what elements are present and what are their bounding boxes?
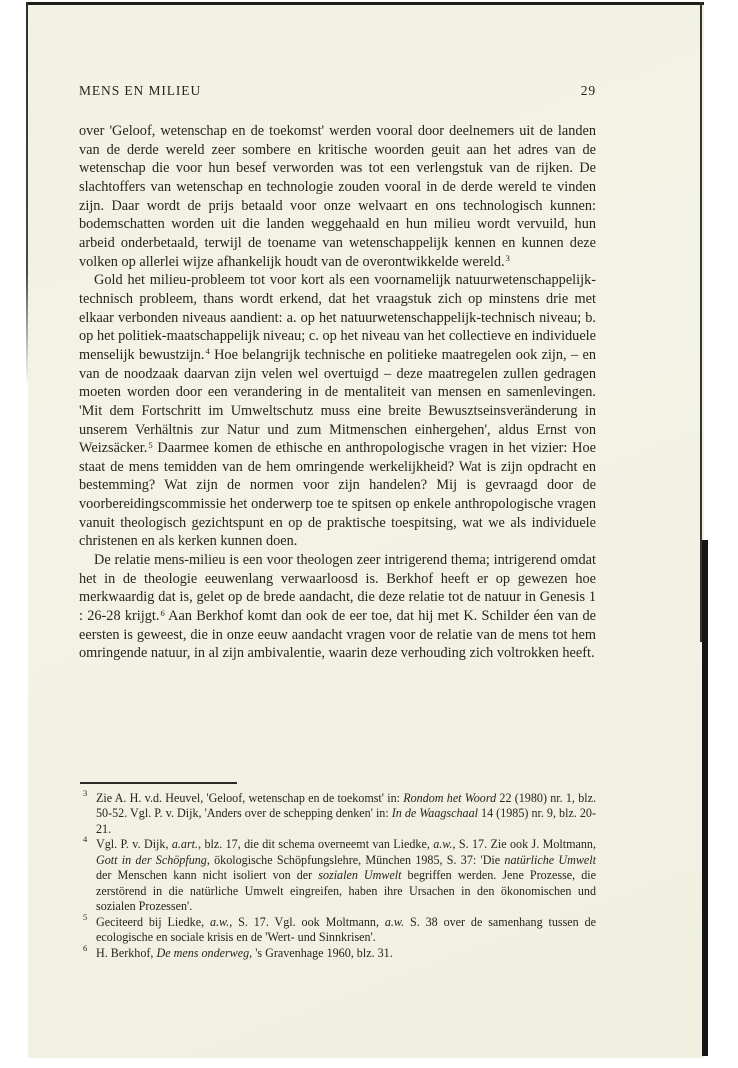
text-run: a.w. xyxy=(210,915,229,929)
text-run: Zie A. H. v.d. Heuvel, 'Geloof, wetensch… xyxy=(96,791,403,805)
paragraph: over 'Geloof, wetenschap en de toekomst'… xyxy=(79,122,596,271)
footnotes: 3Zie A. H. v.d. Heuvel, 'Geloof, wetensc… xyxy=(79,791,596,961)
text-run: De mens onderweg xyxy=(156,946,249,960)
text-run: a.w. xyxy=(433,837,452,851)
text-run: , ökologische Schöpfungslehre, München 1… xyxy=(207,853,505,867)
footnote-reference: 3 xyxy=(506,253,510,263)
running-title: MENS EN MILIEU xyxy=(79,83,201,99)
page-header: MENS EN MILIEU 29 xyxy=(79,83,596,99)
text-run: , blz. 17, die dit schema overneemt van … xyxy=(198,837,433,851)
footnote-divider xyxy=(80,782,237,784)
text-run: over 'Geloof, wetenschap en de toekomst'… xyxy=(79,123,596,270)
text-run: , 's Gravenhage 1960, blz. 31. xyxy=(249,946,393,960)
text-run: H. Berkhof, xyxy=(96,946,156,960)
text-run: In de Waagschaal xyxy=(392,806,478,820)
text-run: Rondom het Woord xyxy=(403,791,496,805)
footnote: 4Vgl. P. v. Dijk, a.art., blz. 17, die d… xyxy=(79,837,596,914)
footnote: 5Geciteerd bij Liedke, a.w., S. 17. Vgl.… xyxy=(79,915,596,946)
text-run: sozialen Umwelt xyxy=(318,868,401,882)
text-run: a.art. xyxy=(172,837,198,851)
page-edge-left xyxy=(26,2,28,387)
text-run: , S. 17. Zie ook J. Moltmann, xyxy=(453,837,597,851)
text-run: Geciteerd bij Liedke, xyxy=(96,915,210,929)
body-text: over 'Geloof, wetenschap en de toekomst'… xyxy=(79,122,596,663)
text-run: Vgl. P. v. Dijk, xyxy=(96,837,172,851)
text-run: natürliche Umwelt xyxy=(504,853,596,867)
footnote: 6H. Berkhof, De mens onderweg, 's Graven… xyxy=(79,946,596,961)
text-run: , S. 17. Vgl. ook Moltmann, xyxy=(229,915,385,929)
paragraph: De relatie mens-milieu is een voor theol… xyxy=(79,551,596,663)
text-run: a.w. xyxy=(385,915,404,929)
paragraph: Gold het milieu-probleem tot voor kort a… xyxy=(79,271,596,551)
text-run: Daarmee komen de ethische en anthropolog… xyxy=(79,440,596,549)
page-number: 29 xyxy=(581,83,596,99)
text-run: der Menschen kann nicht isoliert von der xyxy=(96,868,318,882)
book-spine-shadow xyxy=(702,540,708,1056)
text-run: Gott in der Schöpfung xyxy=(96,853,207,867)
footnote: 3Zie A. H. v.d. Heuvel, 'Geloof, wetensc… xyxy=(79,791,596,837)
